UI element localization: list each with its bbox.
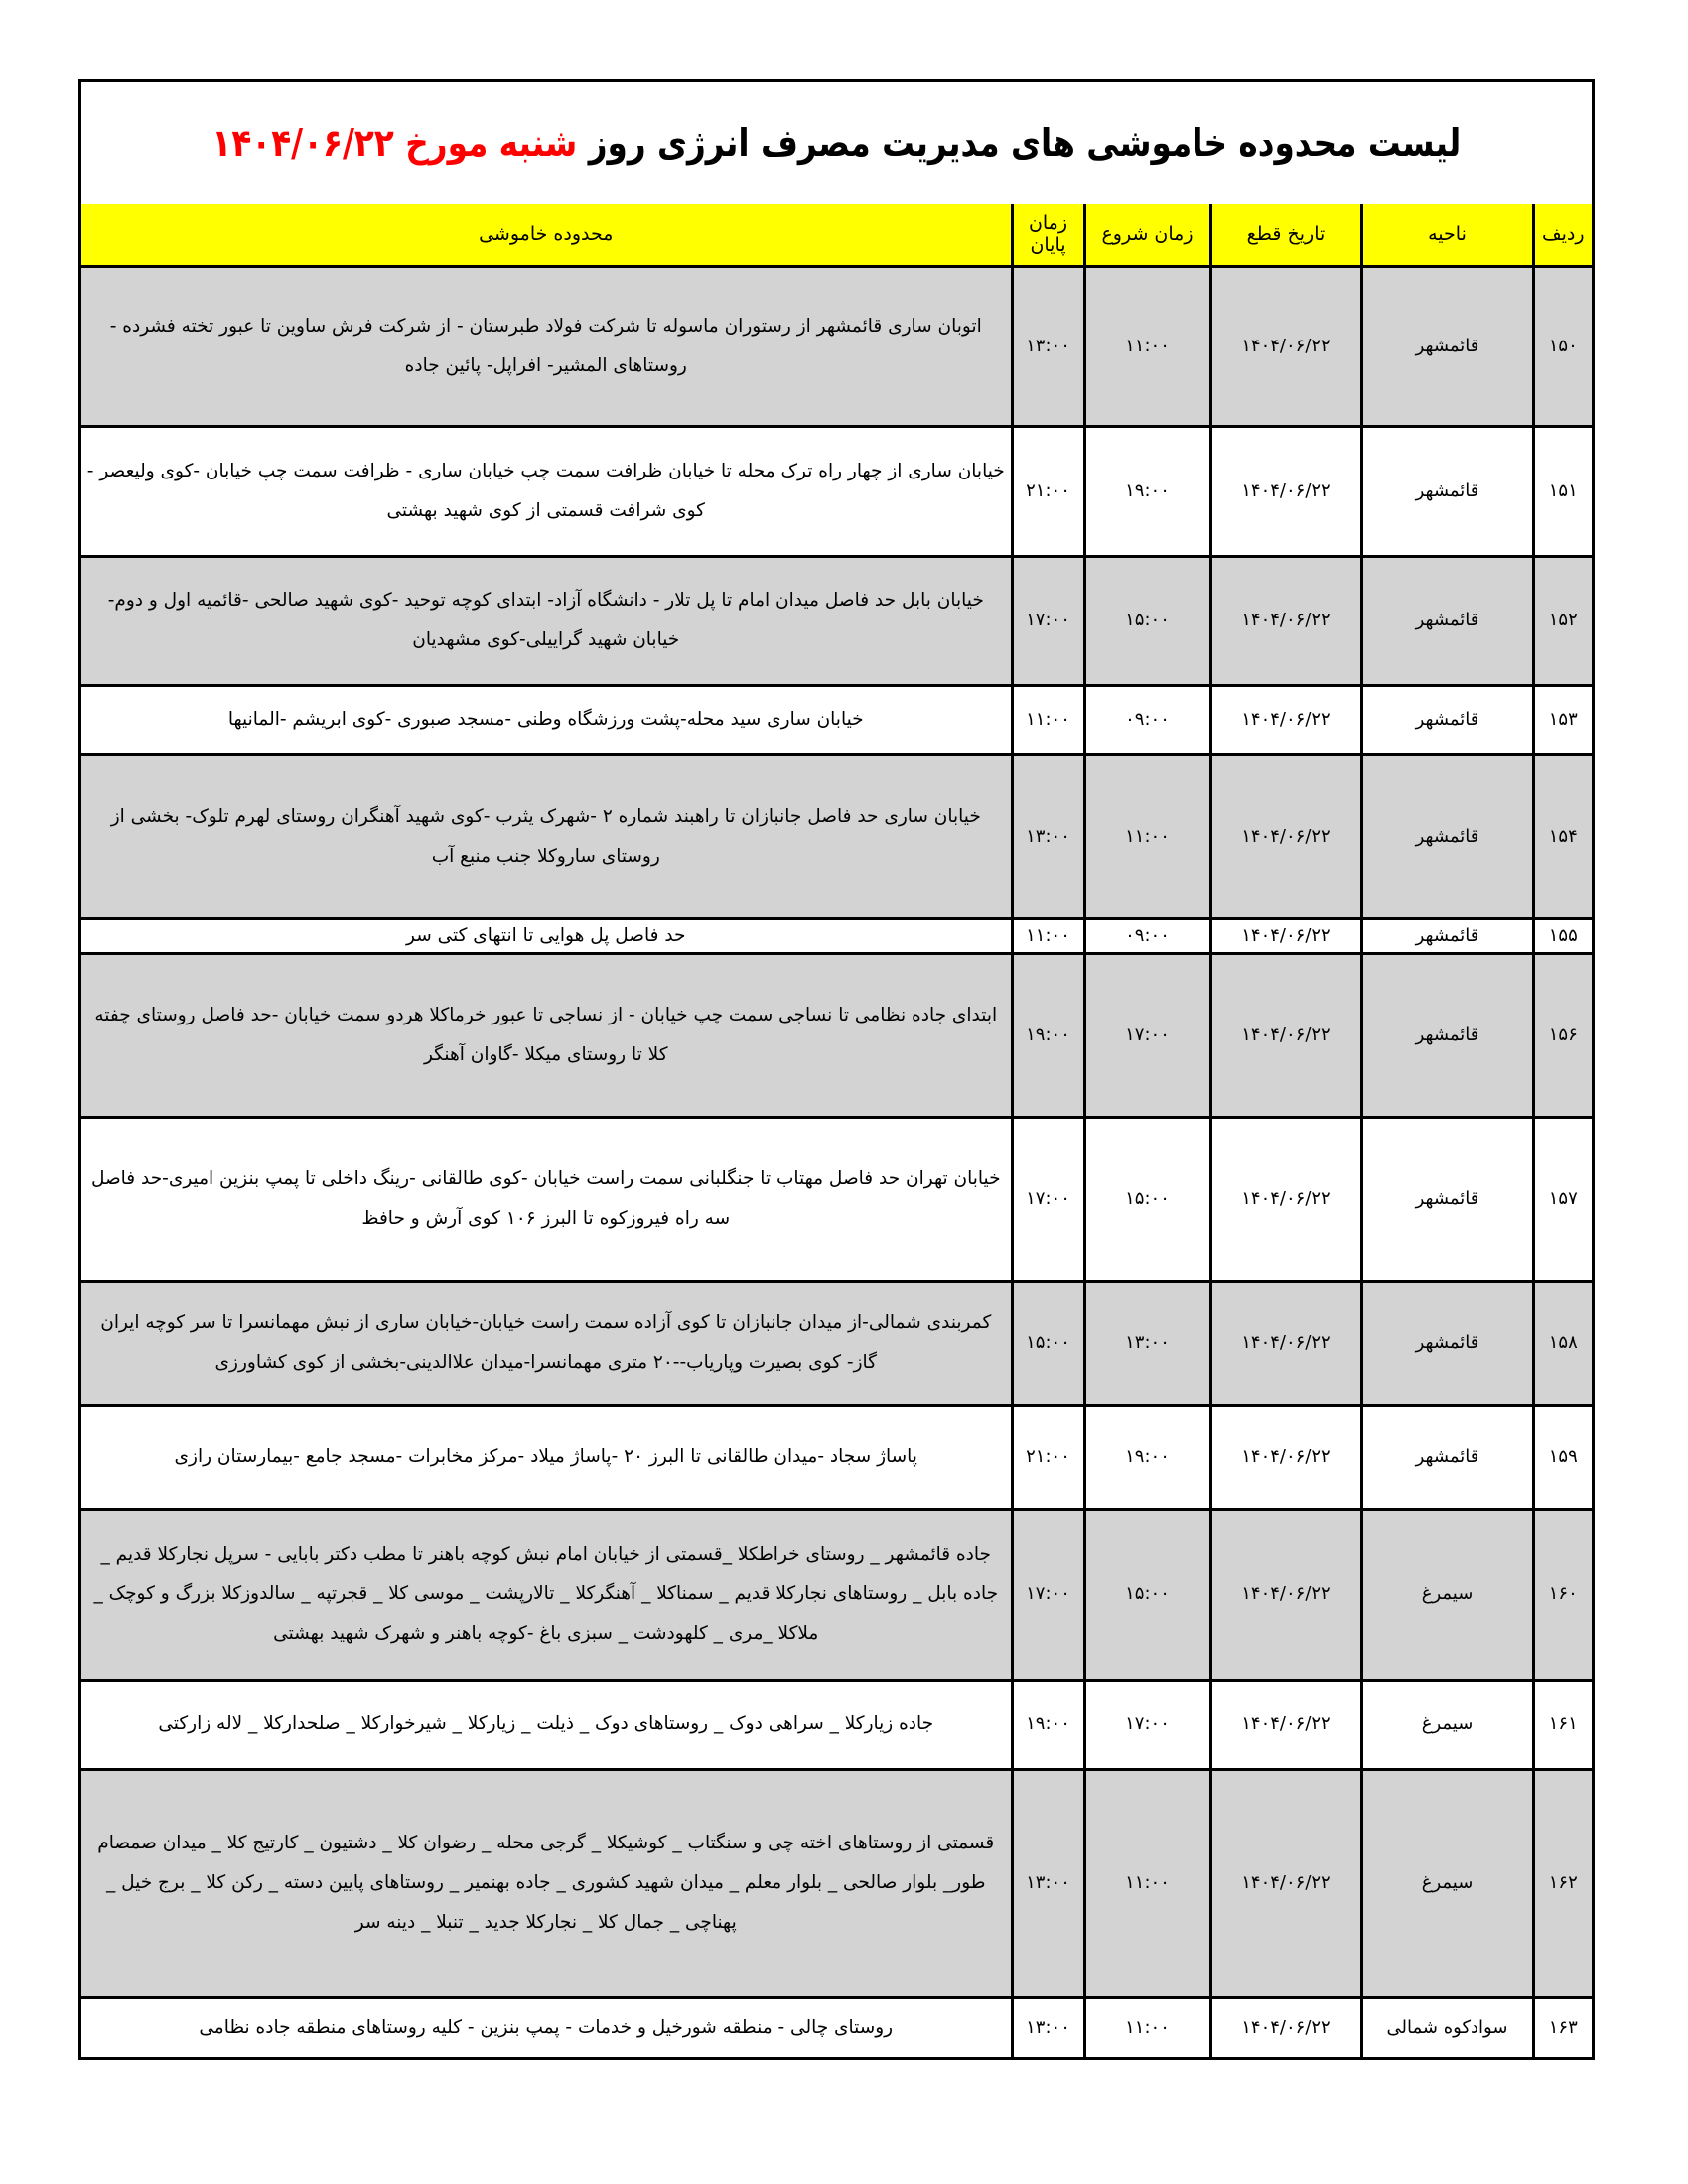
cell-start-time: ۰۹:۰۰ [1084, 918, 1210, 953]
document-frame: لیست محدوده خاموشی های مدیریت مصرف انرژی… [78, 79, 1595, 2060]
cell-row-number: ۱۵۷ [1533, 1117, 1592, 1281]
cell-outage-area: جاده زیارکلا _ سراهی دوک _ روستاهای دوک … [81, 1680, 1012, 1769]
cell-start-time: ۰۹:۰۰ [1084, 685, 1210, 754]
cell-end-time: ۲۱:۰۰ [1012, 426, 1084, 556]
cell-start-time: ۱۵:۰۰ [1084, 1509, 1210, 1680]
outage-table: ردیف ناحیه تاریخ قطع زمان شروع زمان پایا… [81, 204, 1592, 2060]
cell-row-number: ۱۵۹ [1533, 1405, 1592, 1509]
cell-outage-area: اتوبان ساری قائمشهر از رستوران ماسوله تا… [81, 266, 1012, 426]
cell-outage-area: خیابان ساری حد فاصل جانبازان تا راهبند ش… [81, 754, 1012, 918]
page-title: لیست محدوده خاموشی های مدیریت مصرف انرژی… [212, 121, 1462, 165]
table-row: ۱۵۴ قائمشهر ۱۴۰۴/۰۶/۲۲ ۱۱:۰۰ ۱۳:۰۰ خیابا… [81, 754, 1592, 918]
cell-row-number: ۱۵۱ [1533, 426, 1592, 556]
cell-outage-area: پاساژ سجاد -میدان طالقانی تا البرز ۲۰ -پ… [81, 1405, 1012, 1509]
cell-district: قائمشهر [1361, 266, 1533, 426]
cell-row-number: ۱۵۲ [1533, 556, 1592, 685]
cell-start-time: ۱۷:۰۰ [1084, 1680, 1210, 1769]
cell-date: ۱۴۰۴/۰۶/۲۲ [1210, 1117, 1361, 1281]
cell-outage-area: کمربندی شمالی-از میدان جانبازان تا کوی آ… [81, 1281, 1012, 1405]
cell-end-time: ۱۷:۰۰ [1012, 556, 1084, 685]
cell-date: ۱۴۰۴/۰۶/۲۲ [1210, 266, 1361, 426]
cell-start-time: ۱۷:۰۰ [1084, 953, 1210, 1117]
cell-outage-area: خیابان تهران حد فاصل مهتاب تا جنگلبانی س… [81, 1117, 1012, 1281]
cell-date: ۱۴۰۴/۰۶/۲۲ [1210, 1680, 1361, 1769]
cell-district: سیمرغ [1361, 1680, 1533, 1769]
cell-end-time: ۱۷:۰۰ [1012, 1509, 1084, 1680]
cell-row-number: ۱۵۸ [1533, 1281, 1592, 1405]
cell-outage-area: جاده قائمشهر _ روستای خراطکلا _قسمتی از … [81, 1509, 1012, 1680]
title-date: شنبه مورخ ۱۴۰۴/۰۶/۲۲ [212, 121, 578, 165]
table-row: ۱۶۲ سیمرغ ۱۴۰۴/۰۶/۲۲ ۱۱:۰۰ ۱۳:۰۰ قسمتی ا… [81, 1769, 1592, 1997]
cell-end-time: ۱۵:۰۰ [1012, 1281, 1084, 1405]
cell-start-time: ۱۱:۰۰ [1084, 1997, 1210, 2058]
table-row: ۱۵۹ قائمشهر ۱۴۰۴/۰۶/۲۲ ۱۹:۰۰ ۲۱:۰۰ پاساژ… [81, 1405, 1592, 1509]
table-row: ۱۵۰ قائمشهر ۱۴۰۴/۰۶/۲۲ ۱۱:۰۰ ۱۳:۰۰ اتوبا… [81, 266, 1592, 426]
cell-start-time: ۱۹:۰۰ [1084, 1405, 1210, 1509]
header-district: ناحیه [1361, 204, 1533, 266]
cell-start-time: ۱۳:۰۰ [1084, 1281, 1210, 1405]
cell-district: سوادکوه شمالی [1361, 1997, 1533, 2058]
cell-outage-area: ابتدای جاده نظامی تا نساجی سمت چپ خیابان… [81, 953, 1012, 1117]
cell-end-time: ۱۹:۰۰ [1012, 953, 1084, 1117]
cell-row-number: ۱۶۰ [1533, 1509, 1592, 1680]
table-row: ۱۵۳ قائمشهر ۱۴۰۴/۰۶/۲۲ ۰۹:۰۰ ۱۱:۰۰ خیابا… [81, 685, 1592, 754]
cell-outage-area: خیابان ساری سید محله-پشت ورزشگاه وطنی -م… [81, 685, 1012, 754]
cell-date: ۱۴۰۴/۰۶/۲۲ [1210, 1281, 1361, 1405]
table-row: ۱۵۱ قائمشهر ۱۴۰۴/۰۶/۲۲ ۱۹:۰۰ ۲۱:۰۰ خیابا… [81, 426, 1592, 556]
cell-start-time: ۱۱:۰۰ [1084, 266, 1210, 426]
cell-date: ۱۴۰۴/۰۶/۲۲ [1210, 556, 1361, 685]
table-row: ۱۵۸ قائمشهر ۱۴۰۴/۰۶/۲۲ ۱۳:۰۰ ۱۵:۰۰ کمربن… [81, 1281, 1592, 1405]
cell-end-time: ۱۱:۰۰ [1012, 918, 1084, 953]
table-header-row: ردیف ناحیه تاریخ قطع زمان شروع زمان پایا… [81, 204, 1592, 266]
cell-start-time: ۱۱:۰۰ [1084, 1769, 1210, 1997]
cell-district: قائمشهر [1361, 426, 1533, 556]
cell-outage-area: خیابان بابل حد فاصل میدان امام تا پل تلا… [81, 556, 1012, 685]
cell-outage-area: حد فاصل پل هوایی تا انتهای کتی سر [81, 918, 1012, 953]
cell-end-time: ۱۹:۰۰ [1012, 1680, 1084, 1769]
header-end-time: زمان پایان [1012, 204, 1084, 266]
title-area: لیست محدوده خاموشی های مدیریت مصرف انرژی… [81, 82, 1592, 206]
cell-district: قائمشهر [1361, 556, 1533, 685]
cell-district: قائمشهر [1361, 685, 1533, 754]
table-row: ۱۵۵ قائمشهر ۱۴۰۴/۰۶/۲۲ ۰۹:۰۰ ۱۱:۰۰ حد فا… [81, 918, 1592, 953]
cell-district: سیمرغ [1361, 1509, 1533, 1680]
header-start-time: زمان شروع [1084, 204, 1210, 266]
cell-row-number: ۱۵۳ [1533, 685, 1592, 754]
cell-start-time: ۱۵:۰۰ [1084, 556, 1210, 685]
cell-district: قائمشهر [1361, 1405, 1533, 1509]
cell-date: ۱۴۰۴/۰۶/۲۲ [1210, 918, 1361, 953]
cell-district: قائمشهر [1361, 953, 1533, 1117]
cell-end-time: ۱۳:۰۰ [1012, 1769, 1084, 1997]
cell-date: ۱۴۰۴/۰۶/۲۲ [1210, 1509, 1361, 1680]
title-main: لیست محدوده خاموشی های مدیریت مصرف انرژی… [589, 121, 1462, 165]
cell-row-number: ۱۶۱ [1533, 1680, 1592, 1769]
cell-date: ۱۴۰۴/۰۶/۲۲ [1210, 685, 1361, 754]
cell-district: سیمرغ [1361, 1769, 1533, 1997]
cell-district: قائمشهر [1361, 918, 1533, 953]
cell-row-number: ۱۶۳ [1533, 1997, 1592, 2058]
cell-district: قائمشهر [1361, 1117, 1533, 1281]
cell-row-number: ۱۶۲ [1533, 1769, 1592, 1997]
cell-district: قائمشهر [1361, 754, 1533, 918]
cell-end-time: ۱۱:۰۰ [1012, 685, 1084, 754]
cell-end-time: ۲۱:۰۰ [1012, 1405, 1084, 1509]
cell-end-time: ۱۳:۰۰ [1012, 1997, 1084, 2058]
cell-row-number: ۱۵۵ [1533, 918, 1592, 953]
table-row: ۱۶۰ سیمرغ ۱۴۰۴/۰۶/۲۲ ۱۵:۰۰ ۱۷:۰۰ جاده قا… [81, 1509, 1592, 1680]
table-row: ۱۶۱ سیمرغ ۱۴۰۴/۰۶/۲۲ ۱۷:۰۰ ۱۹:۰۰ جاده زی… [81, 1680, 1592, 1769]
table-row: ۱۵۲ قائمشهر ۱۴۰۴/۰۶/۲۲ ۱۵:۰۰ ۱۷:۰۰ خیابا… [81, 556, 1592, 685]
cell-row-number: ۱۵۴ [1533, 754, 1592, 918]
cell-row-number: ۱۵۶ [1533, 953, 1592, 1117]
cell-date: ۱۴۰۴/۰۶/۲۲ [1210, 953, 1361, 1117]
cell-date: ۱۴۰۴/۰۶/۲۲ [1210, 1997, 1361, 2058]
cell-end-time: ۱۷:۰۰ [1012, 1117, 1084, 1281]
header-outage-area: محدوده خاموشی [81, 204, 1012, 266]
cell-end-time: ۱۳:۰۰ [1012, 266, 1084, 426]
cell-end-time: ۱۳:۰۰ [1012, 754, 1084, 918]
cell-start-time: ۱۹:۰۰ [1084, 426, 1210, 556]
header-date: تاریخ قطع [1210, 204, 1361, 266]
table-row: ۱۵۷ قائمشهر ۱۴۰۴/۰۶/۲۲ ۱۵:۰۰ ۱۷:۰۰ خیابا… [81, 1117, 1592, 1281]
cell-district: قائمشهر [1361, 1281, 1533, 1405]
header-row-number: ردیف [1533, 204, 1592, 266]
cell-start-time: ۱۱:۰۰ [1084, 754, 1210, 918]
cell-outage-area: خیابان ساری از چهار راه ترک محله تا خیاب… [81, 426, 1012, 556]
cell-date: ۱۴۰۴/۰۶/۲۲ [1210, 1769, 1361, 1997]
cell-start-time: ۱۵:۰۰ [1084, 1117, 1210, 1281]
cell-date: ۱۴۰۴/۰۶/۲۲ [1210, 754, 1361, 918]
cell-outage-area: روستای چالی - منطقه شورخیل و خدمات - پمپ… [81, 1997, 1012, 2058]
table-row: ۱۶۳ سوادکوه شمالی ۱۴۰۴/۰۶/۲۲ ۱۱:۰۰ ۱۳:۰۰… [81, 1997, 1592, 2058]
cell-date: ۱۴۰۴/۰۶/۲۲ [1210, 1405, 1361, 1509]
table-row: ۱۵۶ قائمشهر ۱۴۰۴/۰۶/۲۲ ۱۷:۰۰ ۱۹:۰۰ ابتدا… [81, 953, 1592, 1117]
cell-row-number: ۱۵۰ [1533, 266, 1592, 426]
cell-date: ۱۴۰۴/۰۶/۲۲ [1210, 426, 1361, 556]
cell-outage-area: قسمتی از روستاهای اخته چی و سنگتاب _ کوش… [81, 1769, 1012, 1997]
